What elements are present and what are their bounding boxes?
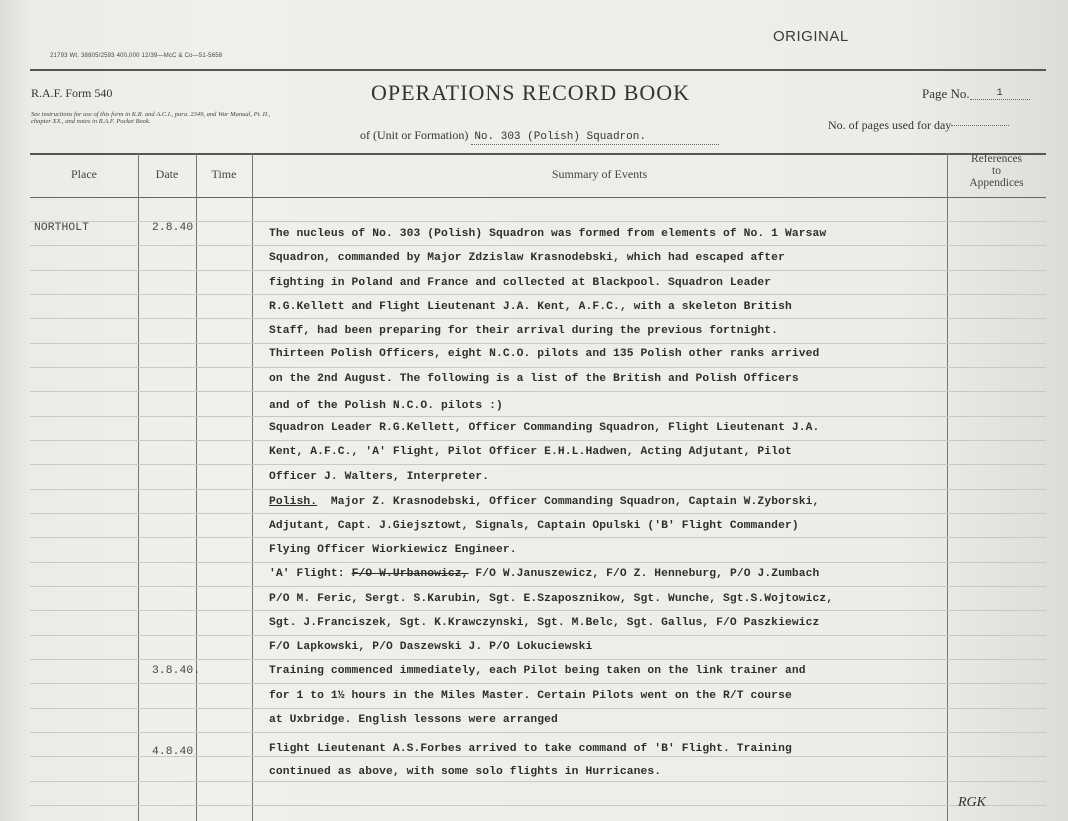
- entry-date: 2.8.40: [152, 222, 193, 234]
- ruled-line: [30, 537, 1046, 538]
- column-header-place: Place: [30, 167, 138, 182]
- page-number-field: Page No.1: [922, 86, 1030, 102]
- summary-line: 'A' Flight: F/O W.Urbanowicz, F/O W.Janu…: [269, 568, 819, 580]
- refs-line: to: [947, 165, 1046, 177]
- ruled-line: [30, 416, 1046, 417]
- summary-line: at Uxbridge. English lessons were arrang…: [269, 714, 558, 726]
- column-header-references: References to Appendices: [947, 153, 1046, 189]
- table-top-rule: [30, 153, 1046, 155]
- summary-line: Flight Lieutenant A.S.Forbes arrived to …: [269, 743, 792, 755]
- header-bottom-rule: [30, 197, 1046, 198]
- ruled-line: [30, 270, 1046, 271]
- entry-date: 3.8.40.: [152, 665, 200, 677]
- page-number-value: 1: [970, 88, 1030, 100]
- entry-date: 4.8.40: [152, 746, 193, 758]
- ruled-line: [30, 586, 1046, 587]
- summary-text: F/O W.Januszewicz, F/O Z. Henneburg, P/O…: [475, 568, 819, 580]
- summary-line: Kent, A.F.C., 'A' Flight, Pilot Officer …: [269, 446, 792, 458]
- summary-line: Sgt. J.Franciszek, Sgt. K.Krawczynski, S…: [269, 617, 819, 629]
- summary-line: on the 2nd August. The following is a li…: [269, 373, 799, 385]
- column-divider: [252, 153, 253, 821]
- ruled-line: [30, 318, 1046, 319]
- entry-place: NORTHOLT: [34, 222, 89, 234]
- summary-line: Polish. Major Z. Krasnodebski, Officer C…: [269, 496, 819, 508]
- refs-line: References: [947, 153, 1046, 165]
- summary-line: Officer J. Walters, Interpreter.: [269, 471, 489, 483]
- column-header-date: Date: [138, 167, 196, 182]
- summary-line: R.G.Kellett and Flight Lieutenant J.A. K…: [269, 301, 792, 313]
- summary-line: Flying Officer Wiorkiewicz Engineer.: [269, 544, 517, 556]
- summary-text: Major Z. Krasnodebski, Officer Commandin…: [331, 496, 819, 508]
- ruled-line: [30, 464, 1046, 465]
- summary-line: The nucleus of No. 303 (Polish) Squadron…: [269, 228, 826, 240]
- summary-line: Squadron Leader R.G.Kellett, Officer Com…: [269, 422, 819, 434]
- pages-used-label: No. of pages used for day: [828, 118, 951, 132]
- unit-label: of (Unit or Formation): [360, 128, 468, 142]
- struck-text: F/O W.Urbanowicz,: [352, 568, 469, 580]
- summary-line: continued as above, with some solo fligh…: [269, 766, 661, 778]
- operations-record-book-page: ORIGINAL 21793 Wt. 38805/2593 400,000 12…: [0, 0, 1068, 821]
- ruled-line: [30, 294, 1046, 295]
- summary-line: for 1 to 1½ hours in the Miles Master. C…: [269, 690, 792, 702]
- pages-used-field: No. of pages used for day: [828, 118, 1009, 133]
- handwritten-initials: RGK: [958, 795, 986, 811]
- column-divider: [138, 153, 139, 821]
- summary-line: Training commenced immediately, each Pil…: [269, 665, 806, 677]
- form-id: R.A.F. Form 540: [31, 86, 112, 101]
- ruled-line: [30, 367, 1046, 368]
- ruled-line: [30, 489, 1046, 490]
- column-divider: [196, 153, 197, 821]
- ruled-line: [30, 805, 1046, 806]
- top-rule: [30, 69, 1046, 71]
- pages-used-value: [951, 125, 1009, 126]
- ruled-line: [30, 513, 1046, 514]
- column-divider: [947, 153, 948, 821]
- ruled-line: [30, 683, 1046, 684]
- ruled-line: [30, 732, 1046, 733]
- unit-field: of (Unit or Formation) No. 303 (Polish) …: [360, 128, 719, 145]
- ruled-line: [30, 391, 1046, 392]
- summary-line: Staff, had been preparing for their arri…: [269, 325, 778, 337]
- column-header-time: Time: [196, 167, 252, 182]
- flight-heading: 'A' Flight:: [269, 568, 345, 580]
- summary-line: Thirteen Polish Officers, eight N.C.O. p…: [269, 348, 819, 360]
- form-instructions: See instructions for use of this form in…: [31, 111, 291, 125]
- summary-line: Adjutant, Capt. J.Giejsztowt, Signals, C…: [269, 520, 799, 532]
- original-stamp: ORIGINAL: [773, 28, 849, 45]
- polish-heading: Polish.: [269, 496, 317, 508]
- summary-line: P/O M. Feric, Sergt. S.Karubin, Sgt. E.S…: [269, 593, 833, 605]
- page-number-label: Page No.: [922, 86, 970, 101]
- print-code: 21793 Wt. 38805/2593 400,000 12/39—McC &…: [50, 53, 222, 59]
- ruled-line: [30, 562, 1046, 563]
- ruled-line: [30, 610, 1046, 611]
- refs-line: Appendices: [947, 177, 1046, 189]
- summary-line: F/O Lapkowski, P/O Daszewski J. P/O Loku…: [269, 641, 592, 653]
- page-title: OPERATIONS RECORD BOOK: [371, 80, 690, 106]
- column-header-summary: Summary of Events: [252, 167, 947, 182]
- ruled-line: [30, 635, 1046, 636]
- ruled-line: [30, 708, 1046, 709]
- ruled-line: [30, 659, 1046, 660]
- summary-line: fighting in Poland and France and collec…: [269, 277, 771, 289]
- ruled-line: [30, 245, 1046, 246]
- summary-line: Squadron, commanded by Major Zdzislaw Kr…: [269, 252, 785, 264]
- ruled-line: [30, 343, 1046, 344]
- ruled-line: [30, 440, 1046, 441]
- summary-line: and of the Polish N.C.O. pilots :): [269, 400, 503, 412]
- ruled-line: [30, 781, 1046, 782]
- unit-value: No. 303 (Polish) Squadron.: [471, 131, 719, 145]
